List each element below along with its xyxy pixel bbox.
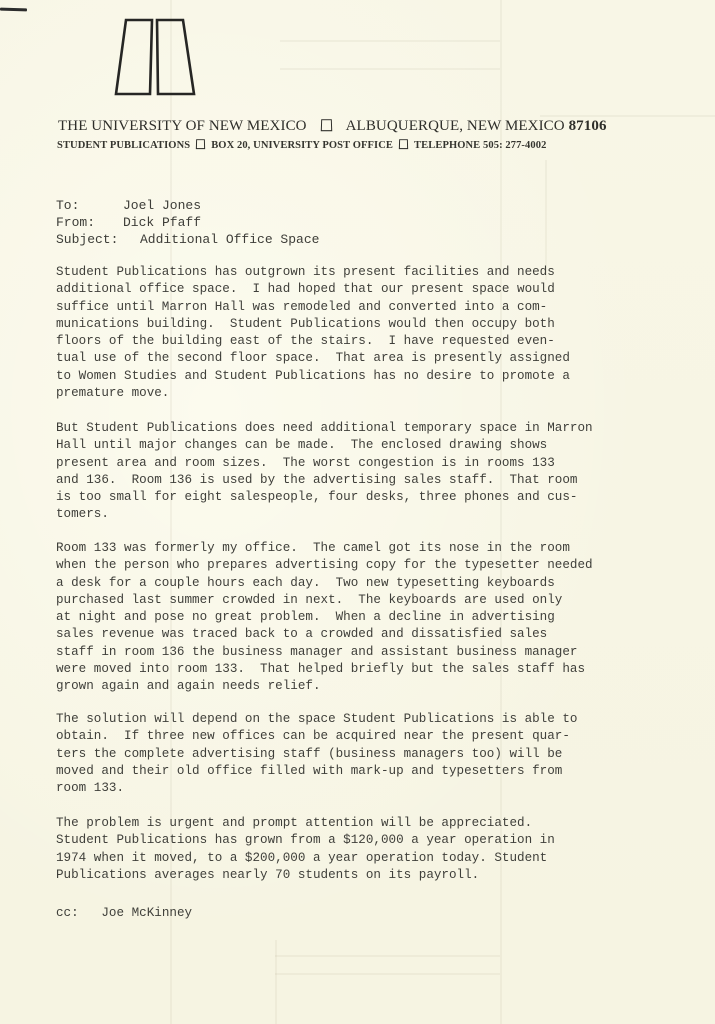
text-line: and 136. Room 136 is used by the adverti… (56, 472, 593, 489)
show-through-line (540, 115, 715, 117)
text-line: present area and room sizes. The worst c… (56, 455, 593, 472)
text-line: were moved into room 133. That helped br… (56, 661, 593, 678)
text-line: premature move. (56, 385, 570, 402)
text-line: Student Publications has grown from a $1… (56, 832, 555, 849)
paragraph-4: The solution will depend on the space St… (56, 711, 577, 797)
text-line: a desk for a couple hours each day. Two … (56, 575, 593, 592)
text-line: munications building. Student Publicatio… (56, 316, 570, 333)
from-label: From: (56, 214, 123, 231)
text-line: floors of the building east of the stair… (56, 333, 570, 350)
text-line: suffice until Marron Hall was remodeled … (56, 299, 570, 316)
show-through-line (275, 973, 500, 975)
memo-to-row: To:Joel Jones (56, 197, 319, 214)
paragraph-5: The problem is urgent and prompt attenti… (56, 815, 555, 884)
text-line: The solution will depend on the space St… (56, 711, 577, 728)
separator-box-icon (196, 139, 205, 149)
memo-header: To:Joel Jones From:Dick Pfaff Subject:Ad… (56, 197, 319, 248)
zip-code: 87106 (569, 118, 607, 134)
telephone-number: 505: 277-4002 (483, 140, 546, 151)
text-line: at night and pose no great problem. When… (56, 609, 593, 626)
text-line: But Student Publications does need addit… (56, 420, 593, 437)
text-line: is too small for eight salespeople, four… (56, 489, 593, 506)
separator-box-icon (320, 119, 331, 131)
paragraph-2: But Student Publications does need addit… (56, 420, 593, 524)
text-line: obtain. If three new offices can be acqu… (56, 728, 577, 745)
memo-subject-row: Subject:Additional Office Space (56, 231, 319, 248)
show-through-line (280, 68, 500, 70)
department-name: STUDENT PUBLICATIONS (57, 140, 190, 151)
text-line: purchased last summer crowded in next. T… (56, 592, 593, 609)
city-state: ALBUQUERQUE, NEW MEXICO (346, 118, 565, 134)
cc-value: Joe McKinney (101, 906, 192, 920)
text-line: moved and their old office filled with m… (56, 763, 577, 780)
text-line: additional office space. I had hoped tha… (56, 281, 570, 298)
letterhead-institution-line: THE UNIVERSITY OF NEW MEXICOALBUQUERQUE,… (58, 118, 607, 135)
show-through-line (280, 40, 500, 42)
subject-label: Subject: (56, 231, 140, 248)
margin-pen-mark (0, 8, 27, 12)
text-line: Student Publications has outgrown its pr… (56, 264, 570, 281)
telephone-label: TELEPHONE (414, 140, 480, 151)
text-line: sales revenue was traced back to a crowd… (56, 626, 593, 643)
paragraph-1: Student Publications has outgrown its pr… (56, 264, 570, 402)
text-line: to Women Studies and Student Publication… (56, 368, 570, 385)
cc-label: cc: (56, 906, 79, 920)
text-line: room 133. (56, 780, 577, 797)
paragraph-3: Room 133 was formerly my office. The cam… (56, 540, 593, 696)
show-through-line (545, 160, 547, 280)
show-through-line (275, 955, 500, 957)
text-line: staff in room 136 the business manager a… (56, 644, 593, 661)
text-line: Room 133 was formerly my office. The cam… (56, 540, 593, 557)
text-line: tomers. (56, 506, 593, 523)
text-line: ters the complete advertising staff (bus… (56, 746, 577, 763)
memo-from-row: From:Dick Pfaff (56, 214, 319, 231)
show-through-line (275, 940, 277, 1024)
unm-logo-icon (112, 16, 198, 98)
text-line: 1974 when it moved, to a $200,000 a year… (56, 850, 555, 867)
institution-name: THE UNIVERSITY OF NEW MEXICO (58, 118, 307, 134)
text-line: Publications averages nearly 70 students… (56, 867, 555, 884)
to-label: To: (56, 197, 123, 214)
document-page: THE UNIVERSITY OF NEW MEXICOALBUQUERQUE,… (0, 0, 715, 1024)
to-value: Joel Jones (123, 198, 201, 213)
subject-value: Additional Office Space (140, 232, 319, 247)
from-value: Dick Pfaff (123, 215, 201, 230)
text-line: Hall until major changes can be made. Th… (56, 437, 593, 454)
mailing-address: BOX 20, UNIVERSITY POST OFFICE (211, 140, 393, 151)
text-line: The problem is urgent and prompt attenti… (56, 815, 555, 832)
text-line: when the person who prepares advertising… (56, 557, 593, 574)
separator-box-icon (399, 139, 408, 149)
text-line: tual use of the second floor space. That… (56, 350, 570, 367)
cc-line: cc: Joe McKinney (56, 906, 192, 920)
letterhead-contact-line: STUDENT PUBLICATIONSBOX 20, UNIVERSITY P… (57, 139, 546, 151)
text-line: grown again and again needs relief. (56, 678, 593, 695)
